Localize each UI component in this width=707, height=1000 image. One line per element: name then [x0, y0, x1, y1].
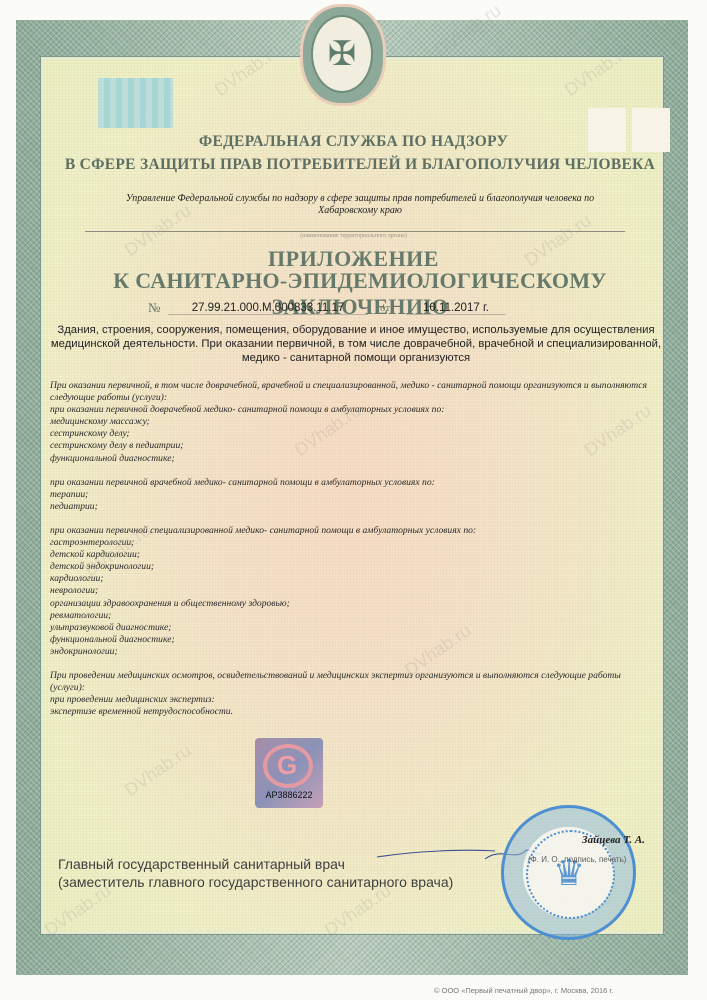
list-item: педиатрии;: [50, 501, 650, 513]
list-item: терапии;: [50, 489, 650, 501]
official-seal: ♛: [501, 805, 636, 940]
conclusion-number-line: № 27.99.21.000.М.000833.11.17 от 10.11.2…: [0, 300, 707, 320]
date-label: от: [380, 302, 390, 314]
agency-name-line1: ФЕДЕРАЛЬНАЯ СЛУЖБА ПО НАДЗОРУ: [0, 133, 707, 151]
conclusion-number: 27.99.21.000.М.000833.11.17: [168, 302, 368, 315]
watermark: DVhab.ru: [211, 40, 285, 101]
list-item: гастроэнтерологии;: [50, 537, 650, 549]
list-item: детской кардиологии;: [50, 549, 650, 561]
watermark: DVhab.ru: [561, 40, 635, 101]
list-item: организации здравоохранения и общественн…: [50, 598, 650, 610]
divider: [85, 231, 625, 232]
printer-copyright: © ООО «Первый печатный двор», г. Москва,…: [434, 986, 613, 995]
agency-name-line2: В СФЕРЕ ЗАЩИТЫ ПРАВ ПОТРЕБИТЕЛЕЙ И БЛАГО…: [40, 156, 680, 174]
signer-position: Главный государственный санитарный врач: [58, 856, 345, 872]
conclusion-date: 10.11.2017 г.: [406, 302, 506, 315]
list-item: сестринскому делу;: [50, 428, 650, 440]
section-heading: При оказании первичной, в том числе довр…: [50, 380, 650, 404]
section-subheading: при проведении медицинских экспертиз:: [50, 694, 650, 706]
list-item: неврологии;: [50, 585, 650, 597]
hologram-code: АР3886222: [255, 790, 323, 800]
hologram-logo-icon: [263, 744, 313, 788]
list-item: детской эндокринологии;: [50, 561, 650, 573]
signer-name: Зайцева Т. А.: [582, 834, 645, 846]
signer-caption: (Ф. И. О., подпись, печать): [528, 855, 626, 864]
department-name: Управление Федеральной службы по надзору…: [100, 193, 620, 217]
list-item: функциональной диагностике;: [50, 453, 650, 465]
list-item: ультразвуковой диагностике;: [50, 622, 650, 634]
number-label: №: [148, 300, 160, 316]
list-item: эндокринологии;: [50, 646, 650, 658]
section-subheading: при оказании первичной специализированно…: [50, 525, 650, 537]
list-item: медицинскому массажу;: [50, 416, 650, 428]
hologram-sticker: АР3886222: [255, 738, 323, 808]
department-caption: (наименование территориального органа): [0, 233, 707, 239]
watermark: DVhab.ru: [431, 0, 505, 61]
list-item: экспертизе временной нетрудоспособности.: [50, 706, 650, 718]
watermark: DVhab.ru: [121, 740, 195, 801]
seal-eagle-icon: ♛: [534, 838, 604, 908]
list-item: сестринскому делу в педиатрии;: [50, 440, 650, 452]
intro-paragraph: Здания, строения, сооружения, помещения,…: [50, 323, 662, 365]
section-subheading: при оказании первичной врачебной медико-…: [50, 477, 650, 489]
list-item: функциональной диагностике;: [50, 634, 650, 646]
list-item: кардиологии;: [50, 573, 650, 585]
list-item: ревматологии;: [50, 610, 650, 622]
section-subheading: при оказании первичной доврачебной медик…: [50, 404, 650, 416]
section-heading: При проведении медицинских осмотров, осв…: [50, 670, 650, 694]
services-list: При оказании первичной, в том числе довр…: [50, 380, 650, 718]
signer-position-note: (заместитель главного государственного с…: [58, 874, 453, 890]
